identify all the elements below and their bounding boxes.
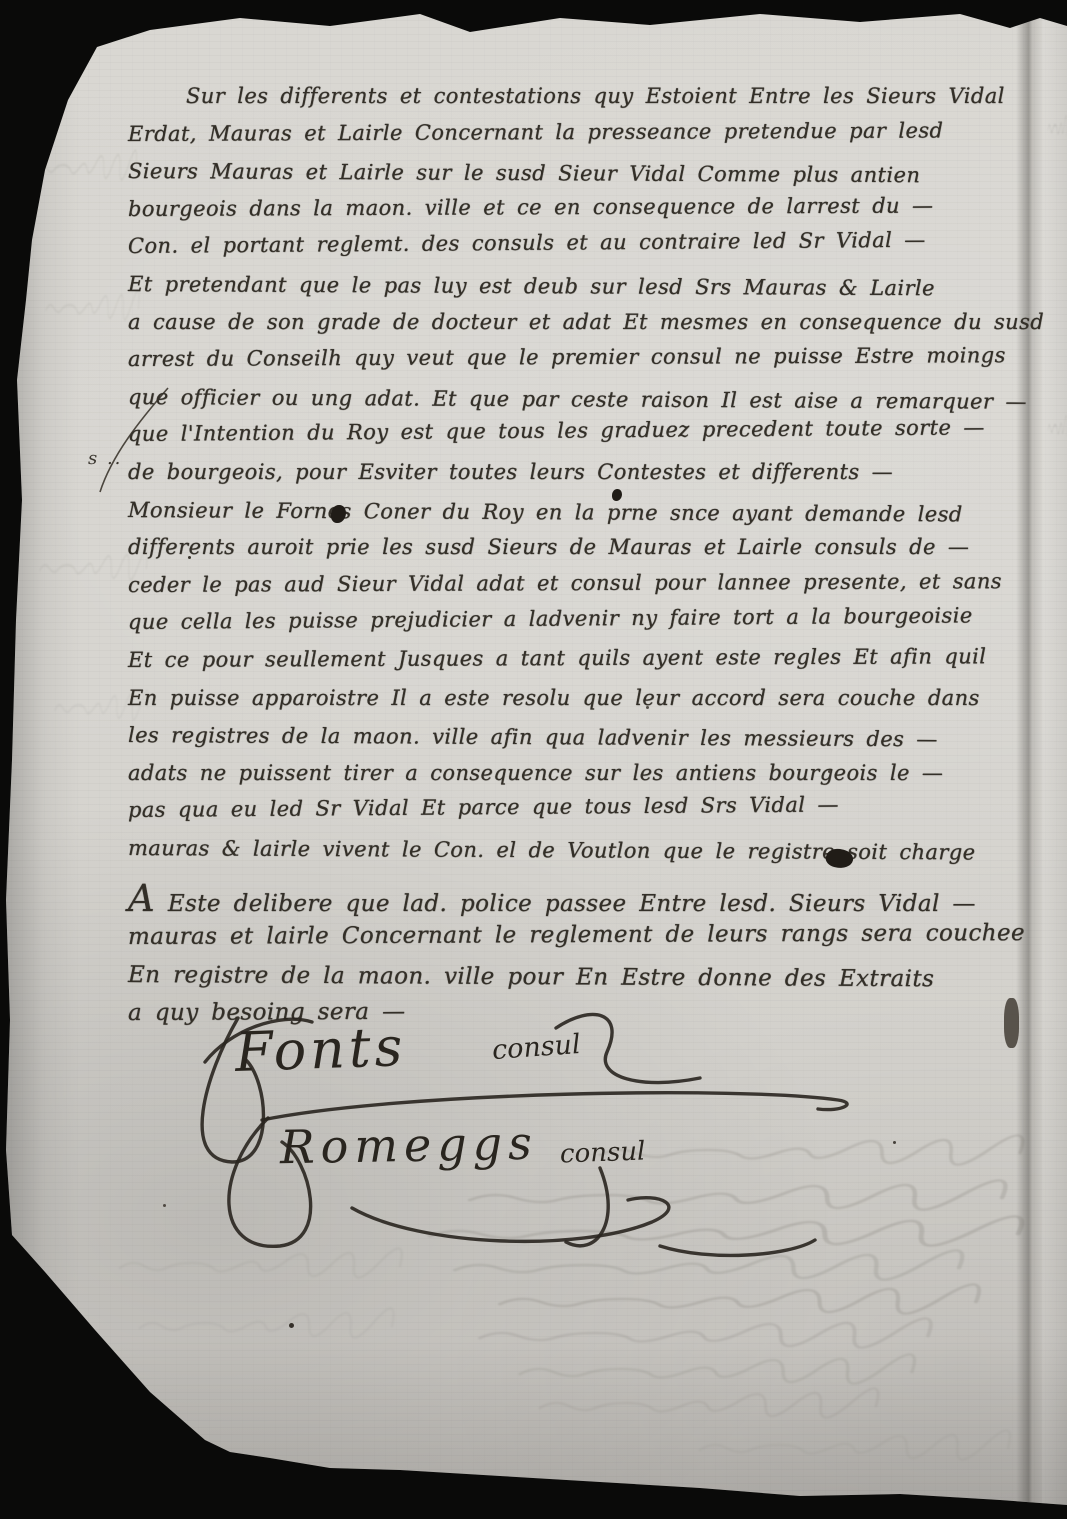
signature-1-name: Fonts <box>234 1015 407 1084</box>
paper-shadow-bottom <box>0 1339 1067 1519</box>
binding-edge <box>1042 0 1067 1519</box>
ink-specks <box>188 556 191 559</box>
paper-texture <box>0 0 1067 1519</box>
signature-2-name: Romeggs <box>280 1116 539 1174</box>
paper-shadow-left <box>0 0 80 1519</box>
ink-stain-fold <box>1004 998 1019 1048</box>
paper-sheet: s .. Sur les differents et contestations… <box>0 0 1067 1519</box>
page-fold-crease <box>1016 0 1044 1519</box>
margin-mark: s .. <box>88 448 122 469</box>
signature-1-title: consul <box>491 1029 582 1066</box>
scanned-page: s .. Sur les differents et contestations… <box>0 0 1067 1519</box>
signature-2-title: consul <box>560 1137 646 1170</box>
